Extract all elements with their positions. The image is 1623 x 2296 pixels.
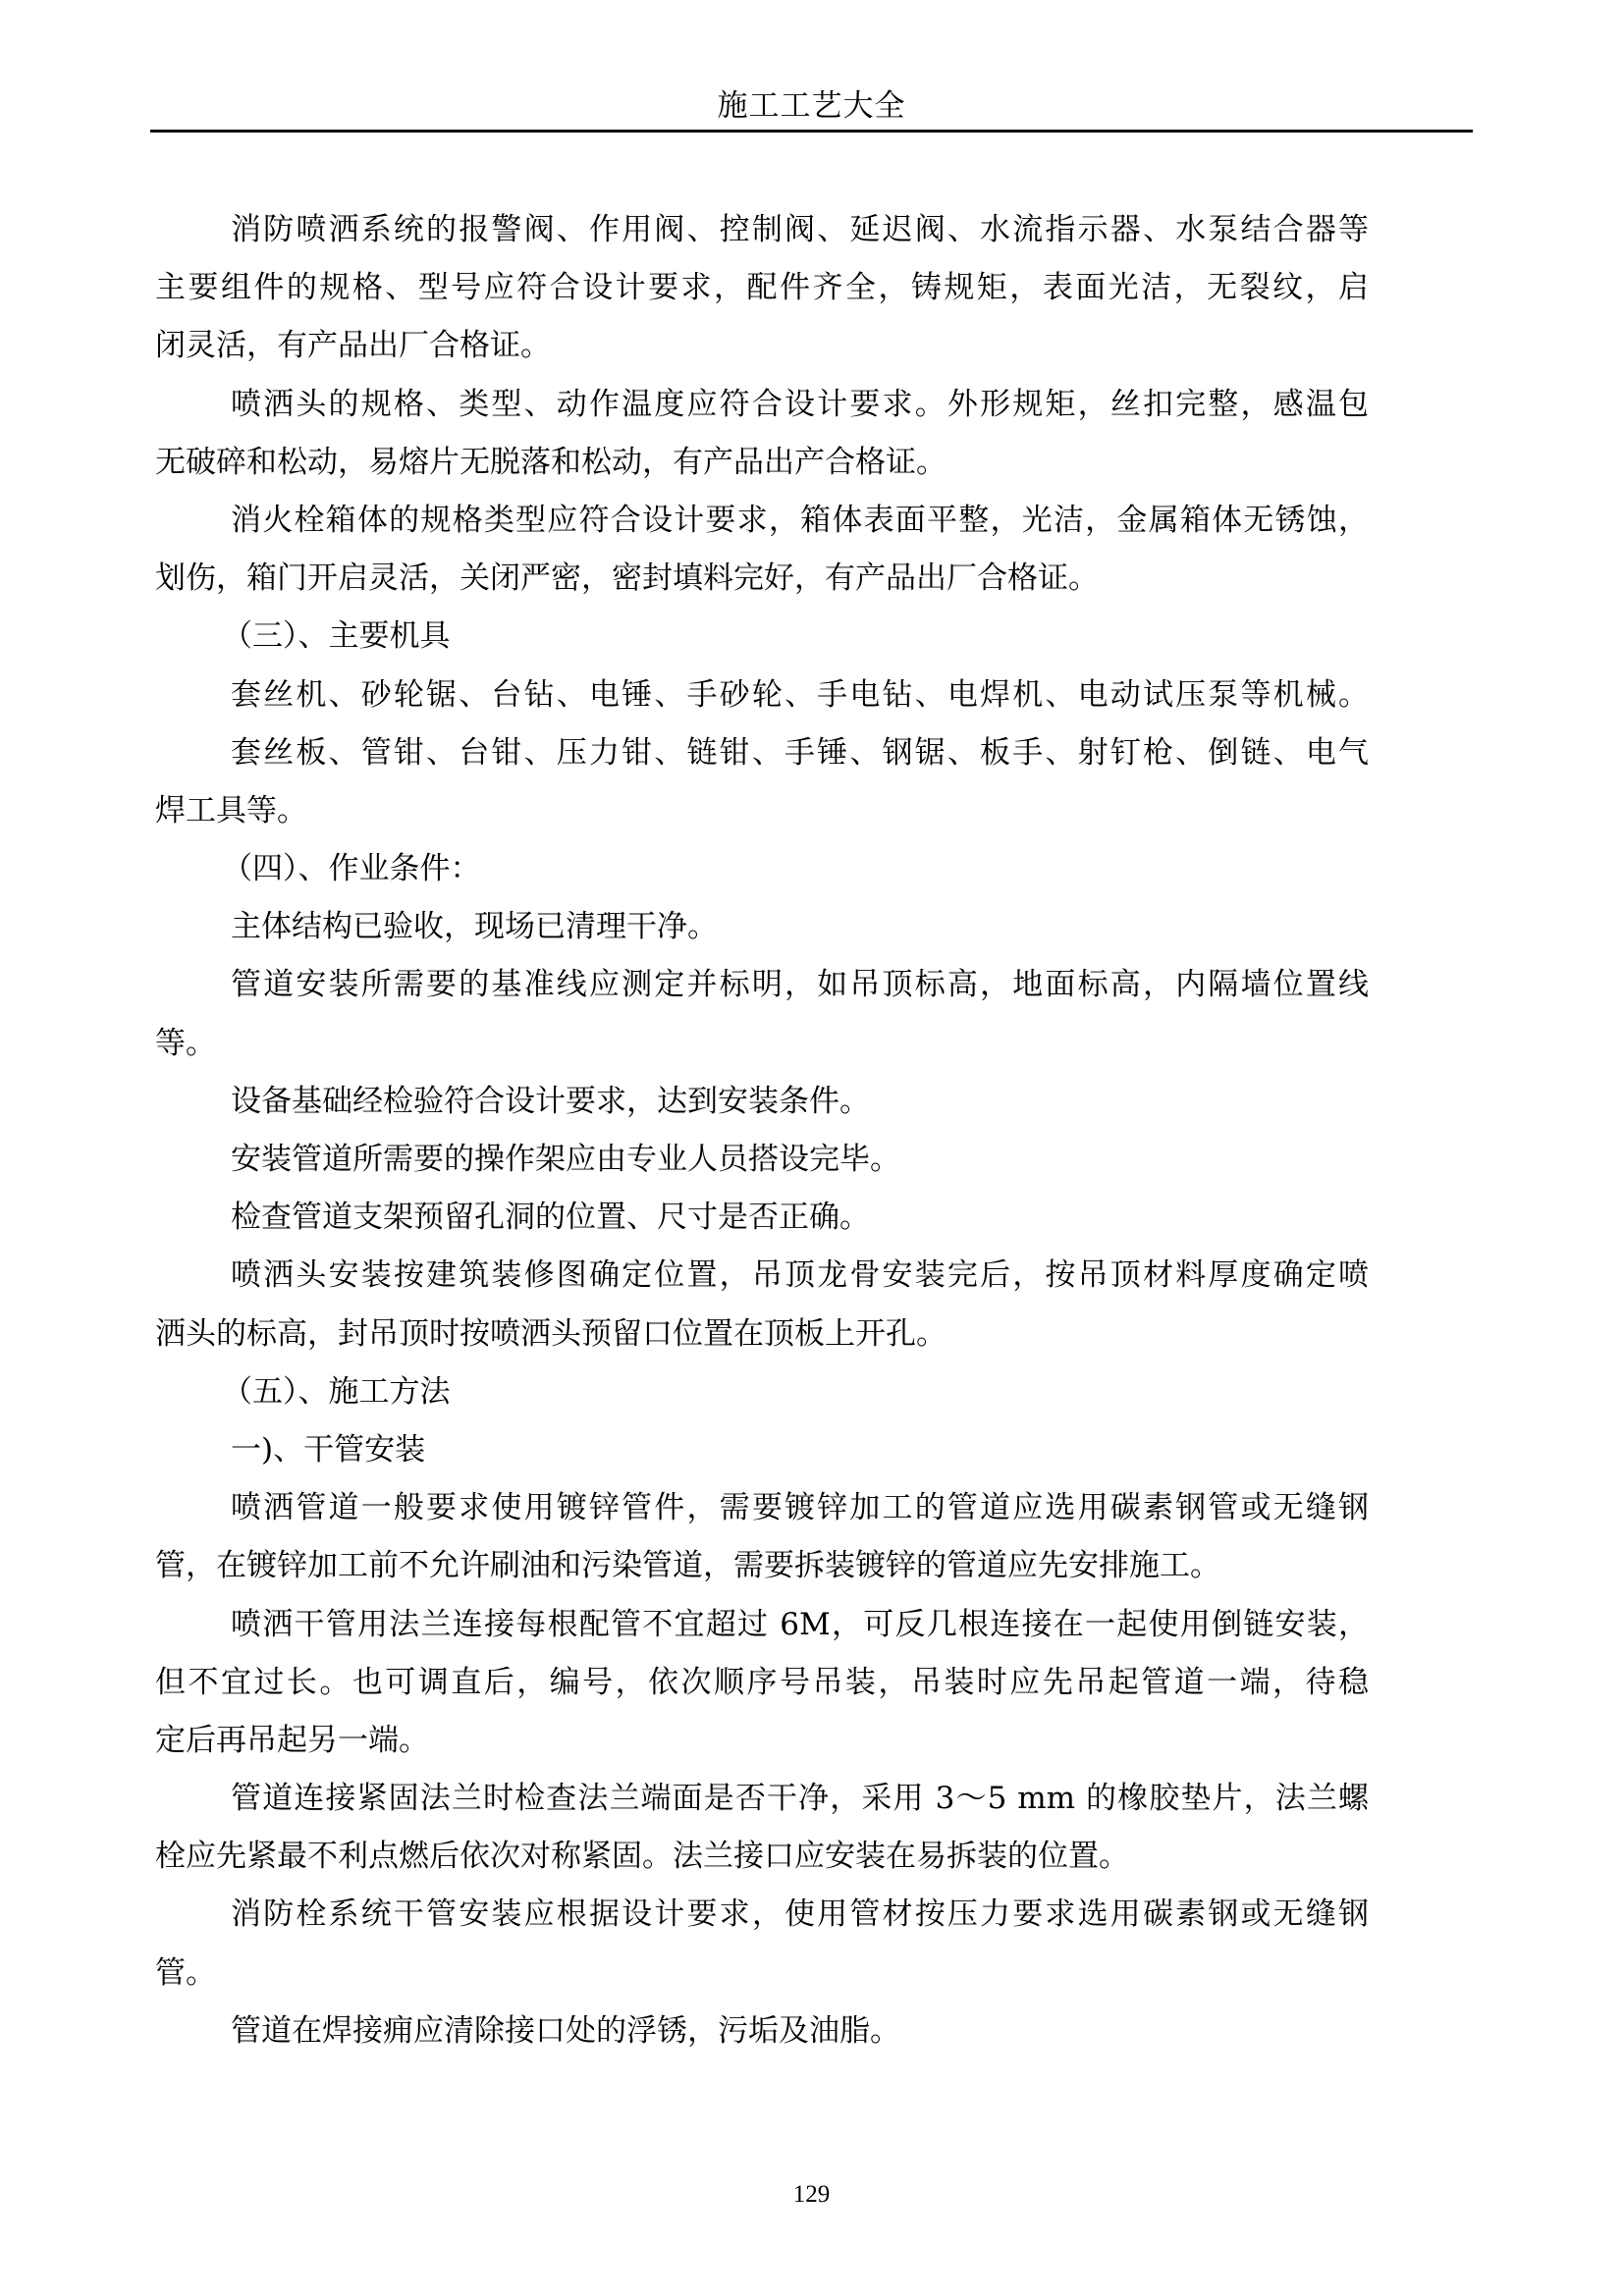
- paragraph-line: 管道安装所需要的基准线应测定并标明，如吊顶标高，地面标高，内隔墙位置线: [155, 956, 1369, 1014]
- paragraph-line: 套丝机、砂轮锯、台钻、电锤、手砂轮、手电钻、电焊机、电动试压泵等机械。: [155, 667, 1369, 724]
- document-page: 施工工艺大全 消防喷洒系统的报警阀、作用阀、控制阀、延迟阀、水流指示器、水泵结合…: [0, 0, 1623, 2296]
- paragraph-line: 无破碎和松动，易熔片无脱落和松动，有产品出产合格证。: [155, 434, 1369, 492]
- paragraph-line: 管。: [155, 1945, 1369, 2002]
- subsection-heading-main-pipe: 一)、干管安装: [155, 1421, 1369, 1479]
- paragraph-line: 洒头的标高，封吊顶时按喷洒头预留口位置在顶板上开孔。: [155, 1306, 1369, 1363]
- paragraph-line: 消防栓系统干管安装应根据设计要求，使用管材按压力要求选用碳素钢或无缝钢: [155, 1886, 1369, 1944]
- paragraph-line: 栓应先紧最不利点燃后依次对称紧固。法兰接口应安装在易拆装的位置。: [155, 1828, 1369, 1886]
- paragraph-line: 安装管道所需要的操作架应由专业人员搭设完毕。: [155, 1131, 1369, 1189]
- paragraph-line: 定后再吊起另一端。: [155, 1712, 1369, 1770]
- paragraph-line: 但不宜过长。也可调直后，编号，依次顺序号吊装，吊装时应先吊起管道一端，待稳: [155, 1654, 1369, 1712]
- page-number: 129: [0, 2179, 1623, 2211]
- paragraph-line: 喷洒头的规格、类型、动作温度应符合设计要求。外形规矩，丝扣完整，感温包: [155, 376, 1369, 434]
- paragraph-line: 闭灵活，有产品出厂合格证。: [155, 317, 1369, 375]
- paragraph-line: 喷洒头安装按建筑装修图确定位置，吊顶龙骨安装完后，按吊顶材料厚度确定喷: [155, 1247, 1369, 1305]
- running-header-title: 施工工艺大全: [150, 86, 1473, 126]
- body-text: 消防喷洒系统的报警阀、作用阀、控制阀、延迟阀、水流指示器、水泵结合器等 主要组件…: [155, 201, 1369, 2060]
- section-heading-tools: （三）、主要机具: [155, 608, 1369, 666]
- paragraph-line: 套丝板、管钳、台钳、压力钳、链钳、手锤、钢锯、板手、射钉枪、倒链、电气: [155, 724, 1369, 782]
- paragraph-line: 主要组件的规格、型号应符合设计要求，配件齐全，铸规矩，表面光洁，无裂纹，启: [155, 259, 1369, 317]
- paragraph-line: 焊工具等。: [155, 782, 1369, 840]
- section-heading-conditions: （四）、作业条件：: [155, 840, 1369, 898]
- section-heading-methods: （五）、施工方法: [155, 1363, 1369, 1421]
- paragraph-line: 管，在镀锌加工前不允许刷油和污染管道，需要拆装镀锌的管道应先安排施工。: [155, 1537, 1369, 1595]
- paragraph-line: 管道在焊接痈应清除接口处的浮锈，污垢及油脂。: [155, 2002, 1369, 2060]
- paragraph-line: 主体结构已验收，现场已清理干净。: [155, 898, 1369, 956]
- paragraph-line: 消火栓箱体的规格类型应符合设计要求，箱体表面平整，光洁，金属箱体无锈蚀，: [155, 492, 1369, 550]
- paragraph-line: 喷洒干管用法兰连接每根配管不宜超过 6M，可反几根连接在一起使用倒链安装，: [155, 1596, 1369, 1654]
- paragraph-line: 喷洒管道一般要求使用镀锌管件，需要镀锌加工的管道应选用碳素钢管或无缝钢: [155, 1479, 1369, 1537]
- header-rule: [150, 130, 1473, 133]
- paragraph-line: 检查管道支架预留孔洞的位置、尺寸是否正确。: [155, 1189, 1369, 1247]
- paragraph-line: 设备基础经检验符合设计要求，达到安装条件。: [155, 1073, 1369, 1131]
- paragraph-line: 等。: [155, 1015, 1369, 1073]
- paragraph-line: 消防喷洒系统的报警阀、作用阀、控制阀、延迟阀、水流指示器、水泵结合器等: [155, 201, 1369, 259]
- paragraph-line: 划伤，箱门开启灵活，关闭严密，密封填料完好，有产品出厂合格证。: [155, 550, 1369, 608]
- paragraph-line: 管道连接紧固法兰时检查法兰端面是否干净，采用 3～5 mm 的橡胶垫片，法兰螺: [155, 1770, 1369, 1828]
